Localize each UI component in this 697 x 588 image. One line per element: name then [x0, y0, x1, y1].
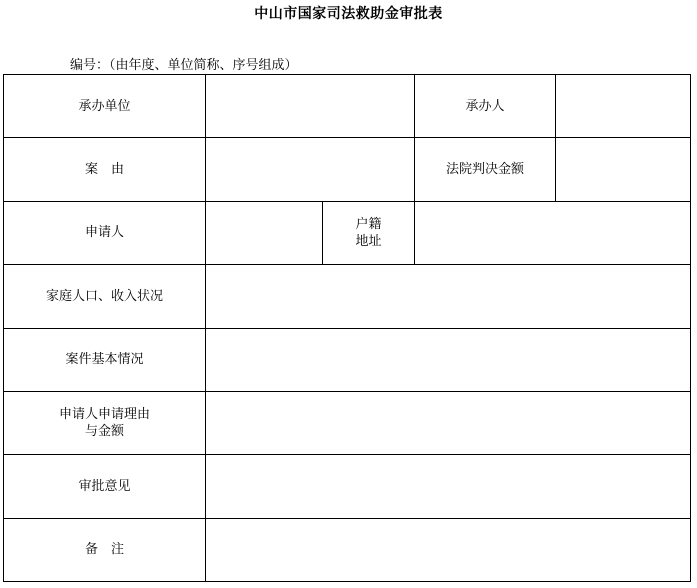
- row-applicant: 申请人 户籍 地址: [4, 201, 691, 264]
- row-remarks: 备 注: [4, 518, 691, 581]
- row-case-cause: 案 由 法院判决金额: [4, 138, 691, 201]
- label-household-address: 户籍 地址: [323, 201, 415, 264]
- field-approval-opinion[interactable]: [206, 455, 691, 518]
- field-case-cause[interactable]: [206, 138, 415, 201]
- field-household-address[interactable]: [415, 201, 691, 264]
- row-family-income: 家庭人口、收入状况: [4, 265, 691, 328]
- field-remarks[interactable]: [206, 518, 691, 581]
- label-family-income: 家庭人口、收入状况: [4, 265, 206, 328]
- field-application-reason[interactable]: [206, 391, 691, 454]
- label-remarks: 备 注: [4, 518, 206, 581]
- label-approval-opinion: 审批意见: [4, 455, 206, 518]
- field-handler[interactable]: [556, 75, 691, 138]
- row-application-reason: 申请人申请理由 与金额: [4, 391, 691, 454]
- field-court-amount[interactable]: [556, 138, 691, 201]
- row-case-basics: 案件基本情况: [4, 328, 691, 391]
- label-undertaking-unit: 承办单位: [4, 75, 206, 138]
- field-applicant[interactable]: [206, 201, 323, 264]
- field-family-income[interactable]: [206, 265, 691, 328]
- field-case-basics[interactable]: [206, 328, 691, 391]
- document-title: 中山市国家司法救助金审批表: [0, 3, 697, 23]
- row-undertaking-unit: 承办单位 承办人: [4, 75, 691, 138]
- field-undertaking-unit[interactable]: [206, 75, 415, 138]
- label-court-amount: 法院判决金额: [415, 138, 556, 201]
- label-handler: 承办人: [415, 75, 556, 138]
- label-case-cause: 案 由: [4, 138, 206, 201]
- label-case-basics: 案件基本情况: [4, 328, 206, 391]
- label-application-reason: 申请人申请理由 与金额: [4, 391, 206, 454]
- approval-form-table: 承办单位 承办人 案 由 法院判决金额 申请人 户籍 地址 家庭人口、收入状况 …: [3, 74, 691, 582]
- numbering-note: 编号：（由年度、单位简称、序号组成）: [70, 54, 298, 73]
- label-applicant: 申请人: [4, 201, 206, 264]
- row-approval-opinion: 审批意见: [4, 455, 691, 518]
